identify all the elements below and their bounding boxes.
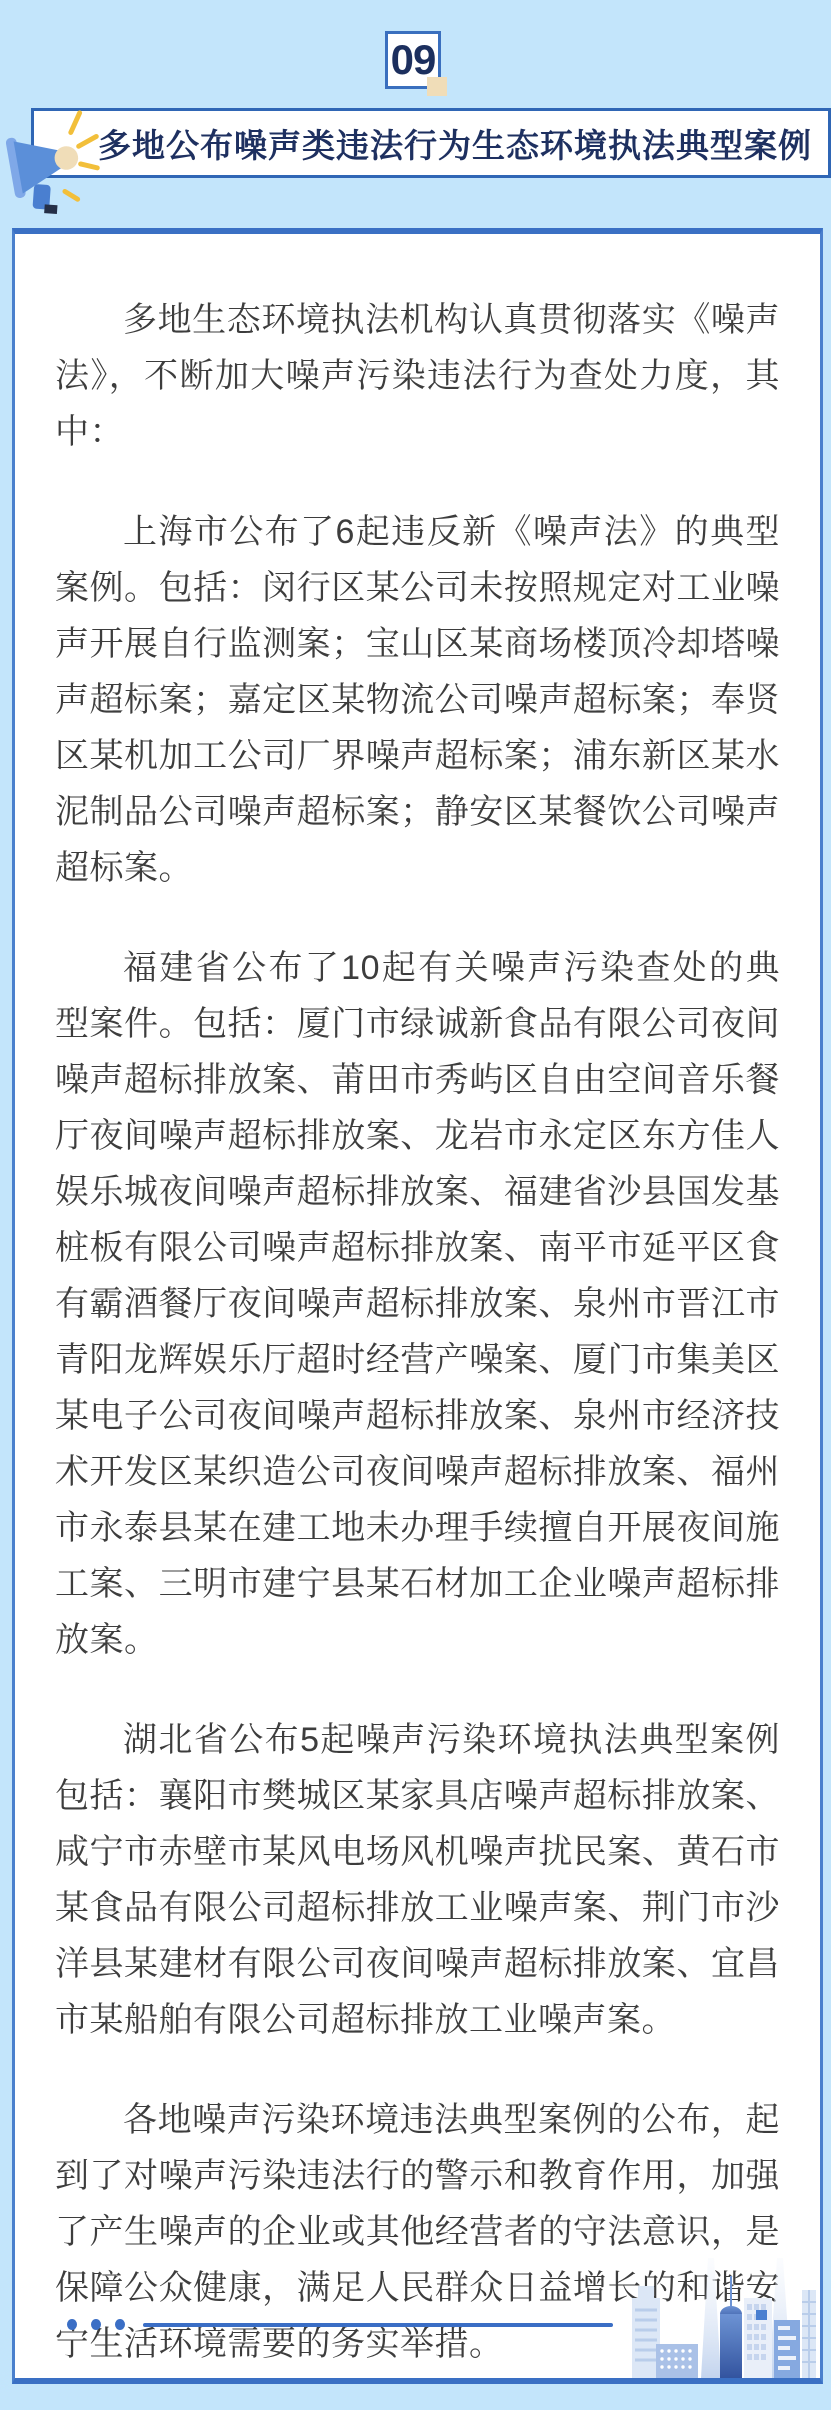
article-paragraph: 福建省公布了10起有关噪声污染查处的典型案件。包括：厦门市绿诚新食品有限公司夜间… <box>55 940 780 1668</box>
article-paragraph: 多地生态环境执法机构认真贯彻落实《噪声法》，不断加大噪声污染违法行为查处力度，其… <box>55 292 780 460</box>
badge-corner-accent <box>427 77 447 96</box>
footer-dot <box>115 2319 125 2330</box>
city-skyline-graphic <box>626 2258 816 2378</box>
article-paragraph: 上海市公布了6起违反新《噪声法》的典型案例。包括：闵行区某公司未按照规定对工业噪… <box>55 504 780 896</box>
page-title: 多地公布噪声类违法行为生态环境执法典型案例 <box>98 120 812 167</box>
article-paragraph: 湖北省公布5起噪声污染环境执法典型案例包括：襄阳市樊城区某家具店噪声超标排放案、… <box>55 1712 780 2048</box>
footer-dot <box>91 2319 101 2330</box>
footer-decoration <box>67 2319 613 2330</box>
footer-divider-line <box>143 2323 613 2327</box>
footer-dot <box>67 2319 77 2330</box>
article-page: 09 多地公布噪声类违法行为生态环境执法典型案例 多地生态环境执法机构认真贯彻落… <box>0 0 831 2410</box>
title-banner: 多地公布噪声类违法行为生态环境执法典型案例 <box>31 108 831 178</box>
megaphone-icon <box>6 104 114 216</box>
card-inner: 多地生态环境执法机构认真贯彻落实《噪声法》，不断加大噪声污染违法行为查处力度，其… <box>15 234 820 2378</box>
content-card: 多地生态环境执法机构认真贯彻落实《噪声法》，不断加大噪声污染违法行为查处力度，其… <box>12 228 823 2384</box>
